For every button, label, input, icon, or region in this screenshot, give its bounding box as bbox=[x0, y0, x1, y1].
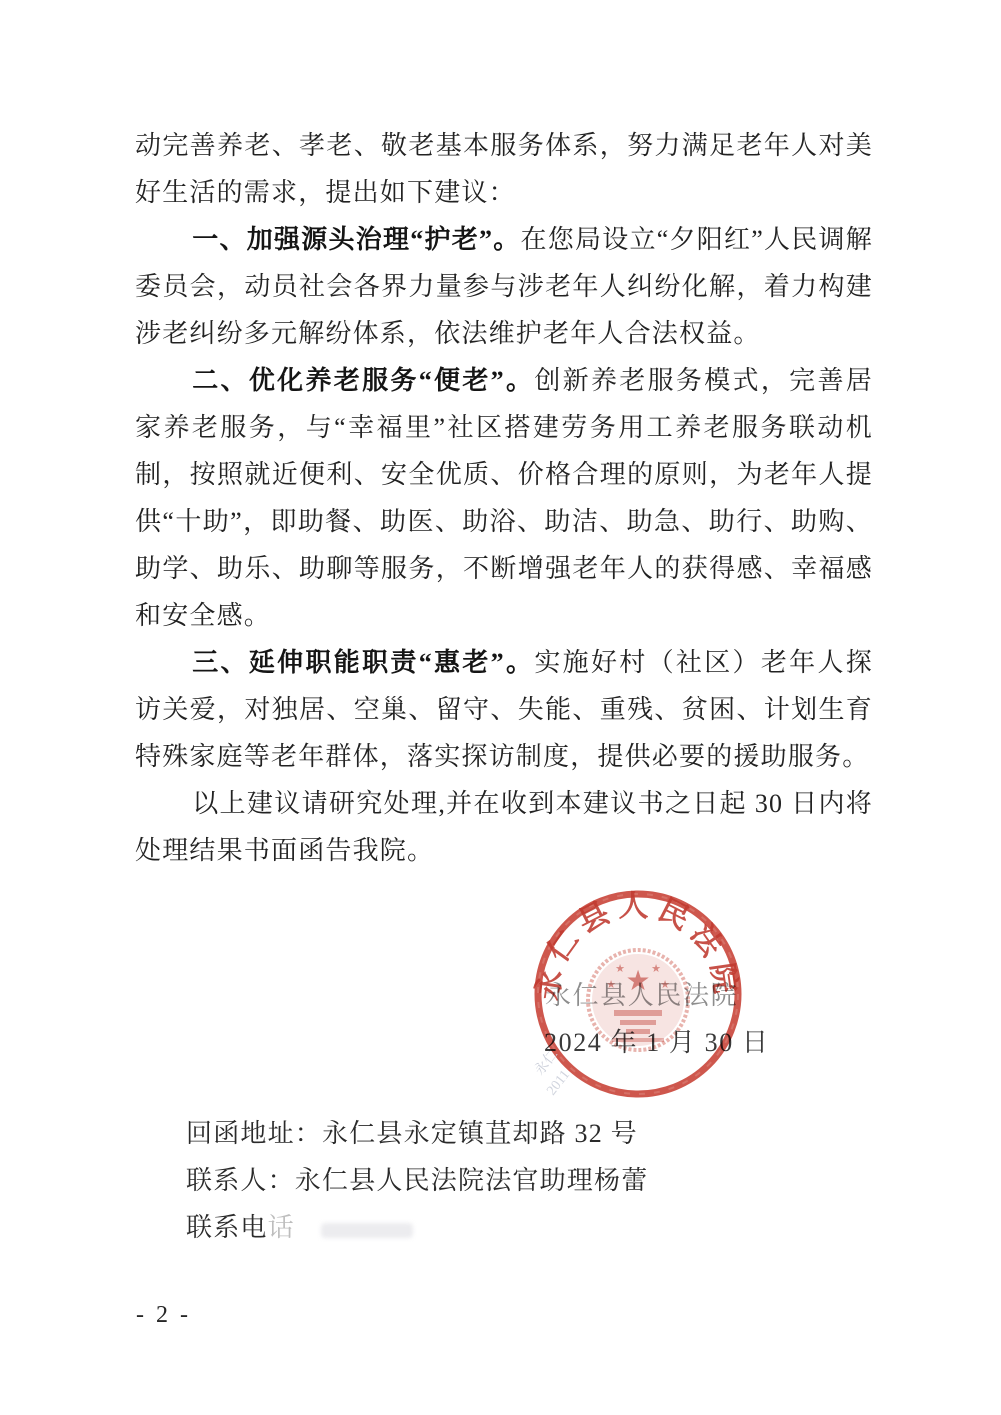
section-1-paragraph: 一、加强源头治理“护老”。在您局设立“夕阳红”人民调解委员会，动员社会各界力量参… bbox=[135, 216, 873, 357]
star-icon: ★ bbox=[615, 963, 625, 975]
section-1-heading: 一、加强源头治理“护老”。 bbox=[192, 225, 520, 254]
contact-block: 回函地址：永仁县永定镇苴却路 32 号 联系人：永仁县人民法院法官助理杨蕾 联系… bbox=[186, 1110, 806, 1251]
signature-court-name: 永仁县人民法院 bbox=[545, 975, 738, 1012]
document-body: 动完善养老、孝老、敬老基本服务体系，努力满足老年人对美好生活的需求，提出如下建议… bbox=[135, 122, 873, 874]
star-icon: ★ bbox=[651, 963, 661, 975]
reply-address-line: 回函地址：永仁县永定镇苴却路 32 号 bbox=[186, 1110, 806, 1157]
intro-paragraph: 动完善养老、孝老、敬老基本服务体系，努力满足老年人对美好生活的需求，提出如下建议… bbox=[135, 122, 873, 216]
section-3-paragraph: 三、延伸职能职责“惠老”。实施好村（社区）老年人探访关爱，对独居、空巢、留守、失… bbox=[135, 639, 873, 780]
redacted-phone-number bbox=[321, 1223, 413, 1238]
signature-date: 2024 年 1 月 30 日 bbox=[544, 1022, 770, 1059]
section-2-heading: 二、优化养老服务“便老”。 bbox=[192, 366, 534, 395]
section-3-heading: 三、延伸职能职责“惠老”。 bbox=[192, 648, 534, 677]
seal-serial-text-2: 2011 bbox=[544, 1068, 573, 1099]
section-2-paragraph: 二、优化养老服务“便老”。创新养老服务模式，完善居家养老服务，与“幸福里”社区搭… bbox=[135, 357, 873, 639]
closing-paragraph: 以上建议请研究处理,并在收到本建议书之日起 30 日内将处理结果书面函告我院。 bbox=[135, 780, 873, 874]
contact-phone-label: 联系电 bbox=[186, 1213, 268, 1242]
contact-person-line: 联系人：永仁县人民法院法官助理杨蕾 bbox=[186, 1157, 806, 1204]
contact-phone-line: 联系电话 bbox=[186, 1204, 806, 1251]
document-page: 动完善养老、孝老、敬老基本服务体系，努力满足老年人对美好生活的需求，提出如下建议… bbox=[0, 0, 1001, 1415]
contact-phone-label-faded: 话 bbox=[268, 1213, 295, 1242]
section-2-text: 创新养老服务模式，完善居家养老服务，与“幸福里”社区搭建劳务用工养老服务联动机制… bbox=[135, 366, 873, 630]
page-number: - 2 - bbox=[136, 1302, 191, 1329]
